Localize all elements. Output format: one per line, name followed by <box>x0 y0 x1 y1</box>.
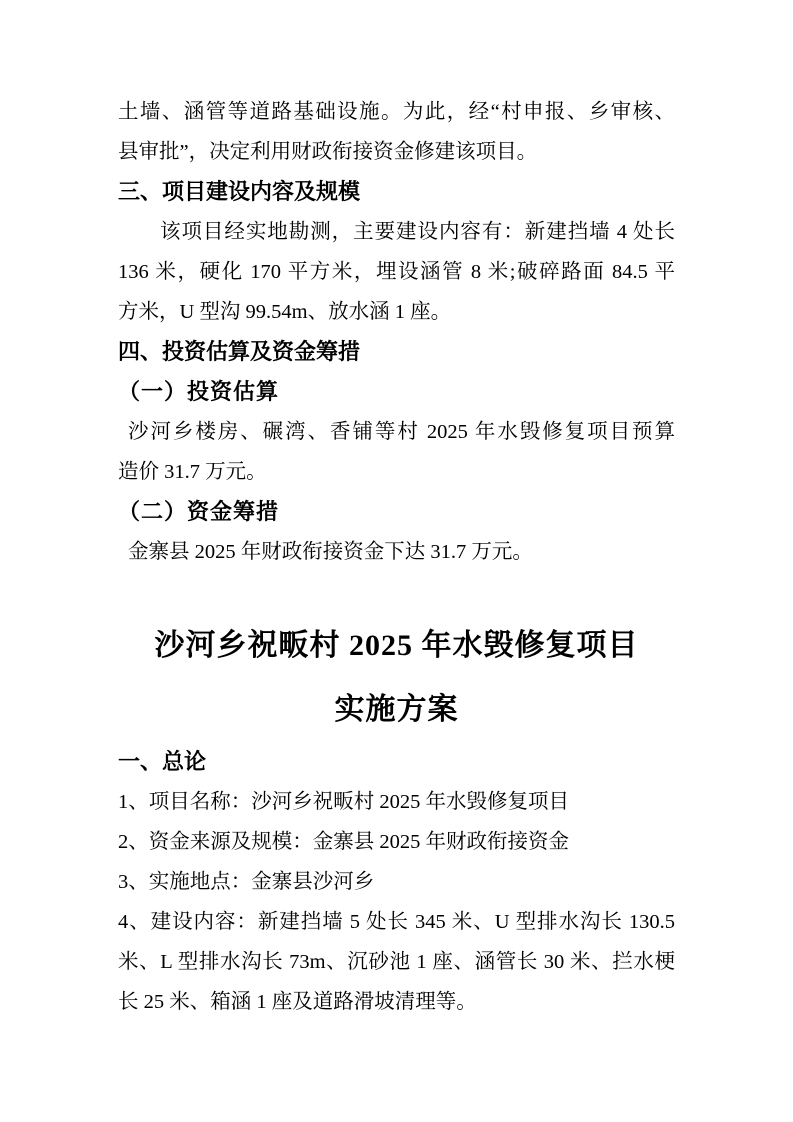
text-line: 金寨县 2025 年财政衔接资金下达 31.7 万元。 <box>118 532 675 572</box>
document-title-line: 沙河乡祝畈村 2025 年水毁修复项目 <box>118 614 675 678</box>
paragraph: 金寨县 2025 年财政衔接资金下达 31.7 万元。 <box>118 532 675 572</box>
section-heading: 一、总论 <box>118 742 675 782</box>
text-line: 沙河乡楼房、碾湾、香铺等村 2025 年水毁修复项目预算 <box>118 412 675 452</box>
paragraph: 该项目经实地勘测，主要建设内容有：新建挡墙 4 处长136 米，硬化 170 平… <box>118 212 675 332</box>
text-line: 该项目经实地勘测，主要建设内容有：新建挡墙 4 处长 <box>118 212 675 252</box>
text-line: 县审批”，决定利用财政衔接资金修建该项目。 <box>118 132 675 172</box>
text-line: 2、资金来源及规模：金寨县 2025 年财政衔接资金 <box>118 822 675 862</box>
text-line: 4、建设内容：新建挡墙 5 处长 345 米、U 型排水沟长 130.5 <box>118 902 675 942</box>
paragraph: 1、项目名称：沙河乡祝畈村 2025 年水毁修复项目 <box>118 782 675 822</box>
text-line: 3、实施地点：金寨县沙河乡 <box>118 862 675 902</box>
text-line: 米、L 型排水沟长 73m、沉砂池 1 座、涵管长 30 米、拦水梗 <box>118 942 675 982</box>
paragraph: 3、实施地点：金寨县沙河乡 <box>118 862 675 902</box>
paragraph: 2、资金来源及规模：金寨县 2025 年财政衔接资金 <box>118 822 675 862</box>
section-heading: 三、项目建设内容及规模 <box>118 172 675 212</box>
paragraph: 沙河乡楼房、碾湾、香铺等村 2025 年水毁修复项目预算造价 31.7 万元。 <box>118 412 675 492</box>
text-line: 136 米，硬化 170 平方米，埋设涵管 8 米;破碎路面 84.5 平 <box>118 252 675 292</box>
text-line: 土墙、涵管等道路基础设施。为此，经“村申报、乡审核、 <box>118 92 675 132</box>
text-line: 1、项目名称：沙河乡祝畈村 2025 年水毁修复项目 <box>118 782 675 822</box>
text-line: 方米，U 型沟 99.54m、放水涵 1 座。 <box>118 292 675 332</box>
text-line: 长 25 米、箱涵 1 座及道路滑坡清理等。 <box>118 982 675 1022</box>
subsection-heading: （一）投资估算 <box>118 372 675 412</box>
page-content: 土墙、涵管等道路基础设施。为此，经“村申报、乡审核、县审批”，决定利用财政衔接资… <box>0 0 793 1022</box>
text-line: 造价 31.7 万元。 <box>118 452 675 492</box>
paragraph: 4、建设内容：新建挡墙 5 处长 345 米、U 型排水沟长 130.5米、L … <box>118 902 675 1022</box>
section-heading: 四、投资估算及资金筹措 <box>118 332 675 372</box>
document-page: 土墙、涵管等道路基础设施。为此，经“村申报、乡审核、县审批”，决定利用财政衔接资… <box>0 0 793 1122</box>
subsection-heading: （二）资金筹措 <box>118 492 675 532</box>
paragraph: 土墙、涵管等道路基础设施。为此，经“村申报、乡审核、县审批”，决定利用财政衔接资… <box>118 92 675 172</box>
document-title-line: 实施方案 <box>118 678 675 742</box>
